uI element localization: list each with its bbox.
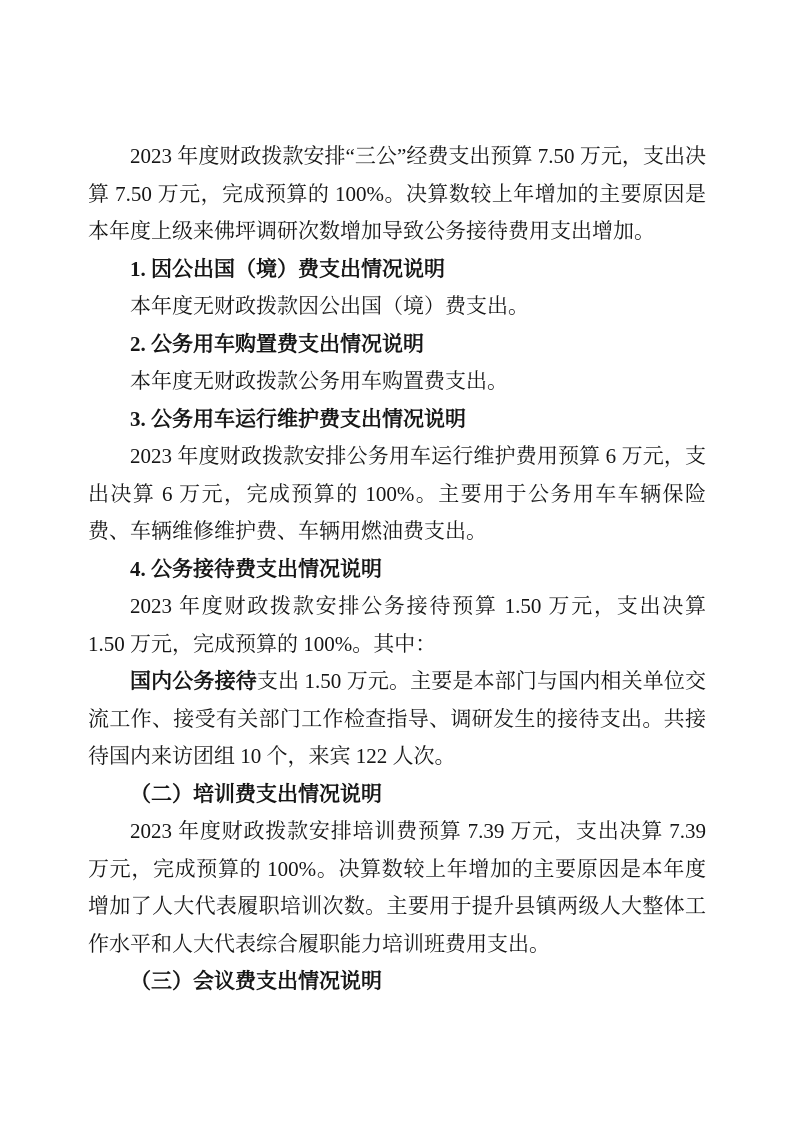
heading-meeting-expense: （三）会议费支出情况说明 <box>88 963 706 1001</box>
para-abroad-expense: 本年度无财政拨款因公出国（境）费支出。 <box>88 288 706 326</box>
domestic-reception-lead: 国内公务接待 <box>130 669 257 693</box>
para-vehicle-purchase: 本年度无财政拨款公务用车购置费支出。 <box>88 363 706 401</box>
para-vehicle-maintenance: 2023 年度财政拨款安排公务用车运行维护费用预算 6 万元，支出决算 6 万元… <box>88 438 706 551</box>
heading-official-reception: 4. 公务接待费支出情况说明 <box>88 551 706 589</box>
document-page: 2023 年度财政拨款安排“三公”经费支出预算 7.50 万元，支出决算 7.5… <box>0 0 793 1122</box>
heading-vehicle-maintenance: 3. 公务用车运行维护费支出情况说明 <box>88 401 706 439</box>
para-domestic-reception: 国内公务接待支出 1.50 万元。主要是本部门与国内相关单位交流工作、接受有关部… <box>88 663 706 776</box>
heading-training-expense: （二）培训费支出情况说明 <box>88 776 706 814</box>
heading-vehicle-purchase: 2. 公务用车购置费支出情况说明 <box>88 326 706 364</box>
para-official-reception: 2023 年度财政拨款安排公务接待预算 1.50 万元，支出决算 1.50 万元… <box>88 588 706 663</box>
heading-abroad-expense: 1. 因公出国（境）费支出情况说明 <box>88 251 706 289</box>
para-training-expense: 2023 年度财政拨款安排培训费预算 7.39 万元，支出决算 7.39 万元，… <box>88 813 706 963</box>
document-body: 2023 年度财政拨款安排“三公”经费支出预算 7.50 万元，支出决算 7.5… <box>88 138 706 1001</box>
para-sangong-summary: 2023 年度财政拨款安排“三公”经费支出预算 7.50 万元，支出决算 7.5… <box>88 138 706 251</box>
